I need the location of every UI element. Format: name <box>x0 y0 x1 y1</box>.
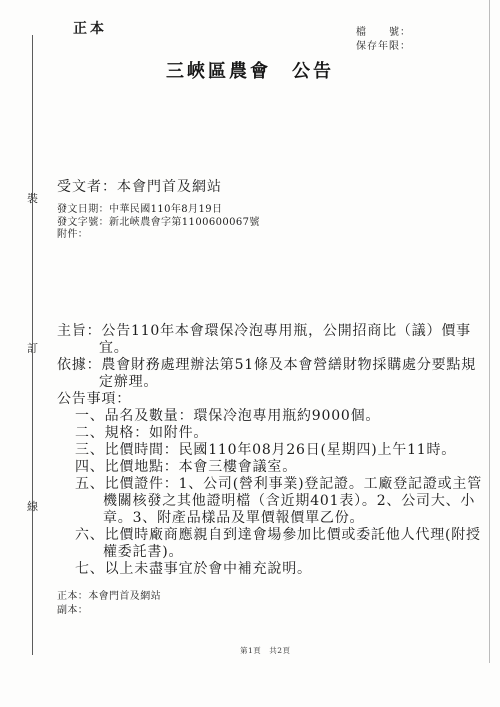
body-line: 權委託書)。 <box>103 544 469 561</box>
document-meta-block: 發文日期：中華民國110年8月19日 發文字號：新北峽農會字第110060006… <box>57 204 260 242</box>
body-line: 五、比價證件：1、公司(營利事業)登記證。工廠登記證或主管 <box>75 476 469 493</box>
page-right-edge-line <box>489 0 490 663</box>
body-line: 機關核發之其他證明檔（含近期401表）。2、公司大、小 <box>103 493 469 510</box>
binding-margin-char-zhuang: 裝 <box>25 192 40 205</box>
body-line: 四、比價地點：本會三樓會議室。 <box>75 459 469 476</box>
body-line: 宜。 <box>99 340 469 357</box>
body-line: 二、規格：如附件。 <box>75 425 469 442</box>
copy-type-label: 正本 <box>73 18 107 38</box>
doc-number-line: 發文字號：新北峽農會字第1100600067號 <box>57 217 260 230</box>
binding-margin-char-xian: 線 <box>25 500 40 513</box>
body-line: 依據：農會財務處理辦法第51條及本會營繕財物採購處分要點規 <box>57 357 469 374</box>
body-line: 六、比價時廠商應親自到達會場參加比價或委託他人代理(附授 <box>75 527 469 544</box>
body-line: 三、比價時間：民國110年08月26日(星期四)上午11時。 <box>75 442 469 459</box>
original-copy-line: 正本：本會門首及網站 <box>57 590 161 604</box>
retention-period-label: 保存年限： <box>356 40 446 54</box>
recipient-line: 受文者：本會門首及網站 <box>57 176 222 196</box>
duplicate-copy-line: 副本： <box>57 604 161 618</box>
announcement-body: 主旨：公告110年本會環保冷泡專用瓶，公開招商比（議）價事宜。依據：農會財務處理… <box>57 323 469 578</box>
body-line: 七、以上未盡事宜於會中補充說明。 <box>75 561 469 578</box>
file-number-label: 檔 號： <box>356 26 446 40</box>
attachment-line: 附件： <box>57 229 260 242</box>
issue-date-line: 發文日期：中華民國110年8月19日 <box>57 204 260 217</box>
body-line: 公告事項： <box>57 391 469 408</box>
body-line: 主旨：公告110年本會環保冷泡專用瓶，公開招商比（議）價事 <box>57 323 469 340</box>
page-title: 三峽區農會 公告 <box>0 57 500 83</box>
body-line: 章。3、附產品樣品及單價報價單乙份。 <box>103 510 469 527</box>
distribution-block: 正本：本會門首及網站 副本： <box>57 590 161 617</box>
body-line: 一、品名及數量：環保冷泡專用瓶約9000個。 <box>75 408 469 425</box>
body-line: 定辦理。 <box>99 374 469 391</box>
file-meta-block: 檔 號： 保存年限： <box>356 26 446 54</box>
page-number-indicator: 第1頁 共2頁 <box>240 645 291 656</box>
binding-margin-char-ding: 訂 <box>25 342 40 355</box>
announcement-document-page: 裝 訂 線 正本 檔 號： 保存年限： 三峽區農會 公告 受文者：本會門首及網站… <box>0 0 500 707</box>
